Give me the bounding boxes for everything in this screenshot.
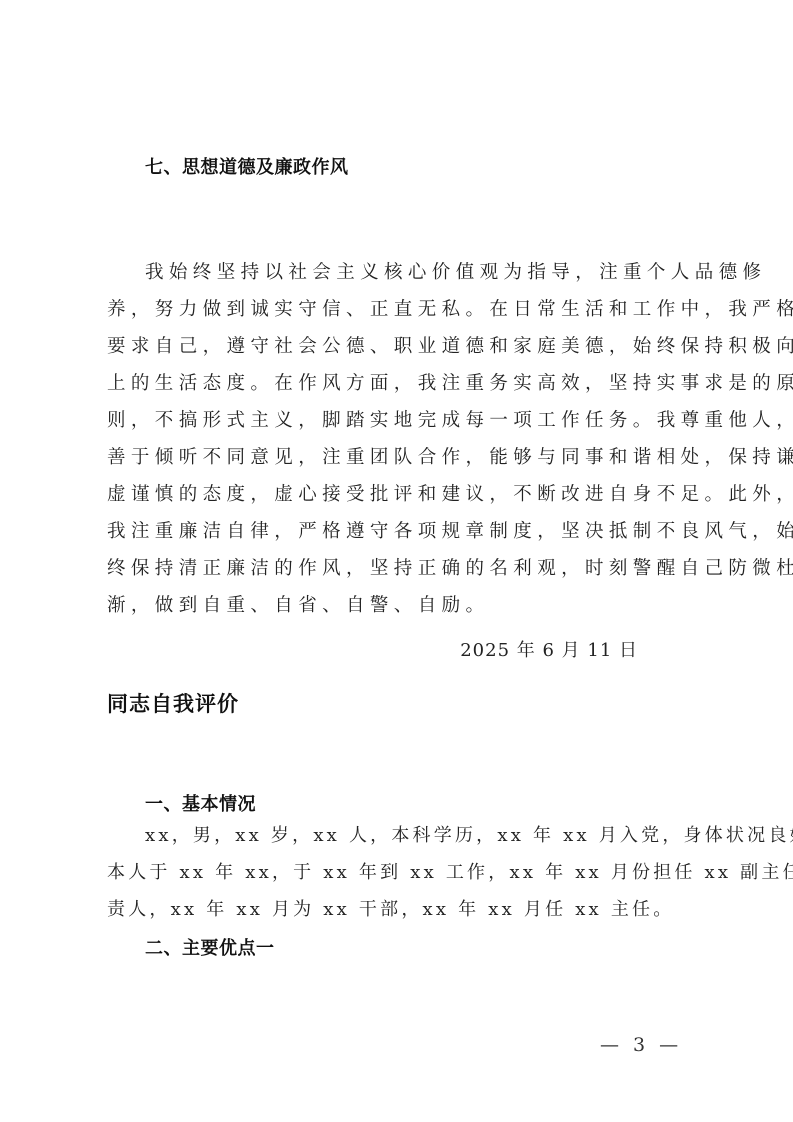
paragraph-line: 责人，xx 年 xx 月为 xx 干部，xx 年 xx 月任 xx 主任。 xyxy=(107,898,674,922)
paragraph-line: 本人于 xx 年 xx，于 xx 年到 xx 工作，xx 年 xx 月份担任 x… xyxy=(107,861,793,885)
signature-date: 2025 年 6 月 11 日 xyxy=(460,636,638,662)
document-page: 七、思想道德及廉政作风 我始终坚持以社会主义核心价值观为指导，注重个人品德修 养… xyxy=(0,0,793,1122)
paragraph-line: 我注重廉洁自律，严格遵守各项规章制度，坚决抵制不良风气，始 xyxy=(107,520,793,544)
paragraph-line: 上的生活态度。在作风方面，我注重务实高效，坚持实事求是的原 xyxy=(107,372,793,396)
paragraph-line: xx，男，xx 岁，xx 人，本科学历，xx 年 xx 月入党，身体状况良好。 xyxy=(145,824,793,848)
section-heading-strengths: 二、主要优点一 xyxy=(145,934,275,960)
paragraph-line: 我始终坚持以社会主义核心价值观为指导，注重个人品德修 xyxy=(145,261,766,285)
paragraph-line: 养，努力做到诚实守信、正直无私。在日常生活和工作中，我严格 xyxy=(107,298,793,322)
self-evaluation-title: 同志自我评价 xyxy=(107,688,239,718)
paragraph-line: 虚谨慎的态度，虚心接受批评和建议，不断改进自身不足。此外， xyxy=(107,483,793,507)
paragraph-line: 渐，做到自重、自省、自警、自励。 xyxy=(107,594,489,618)
page-number: — 3 — xyxy=(600,1034,682,1056)
paragraph-line: 终保持清正廉洁的作风，坚持正确的名利观，时刻警醒自己防微杜 xyxy=(107,557,793,581)
paragraph-line: 要求自己，遵守社会公德、职业道德和家庭美德，始终保持积极向 xyxy=(107,335,793,359)
section-heading-ethics: 七、思想道德及廉政作风 xyxy=(145,153,349,179)
paragraph-line: 善于倾听不同意见，注重团队合作，能够与同事和谐相处，保持谦 xyxy=(107,446,793,470)
paragraph-line: 则，不搞形式主义，脚踏实地完成每一项工作任务。我尊重他人， xyxy=(107,409,793,433)
section-heading-basic-info: 一、基本情况 xyxy=(145,790,256,816)
